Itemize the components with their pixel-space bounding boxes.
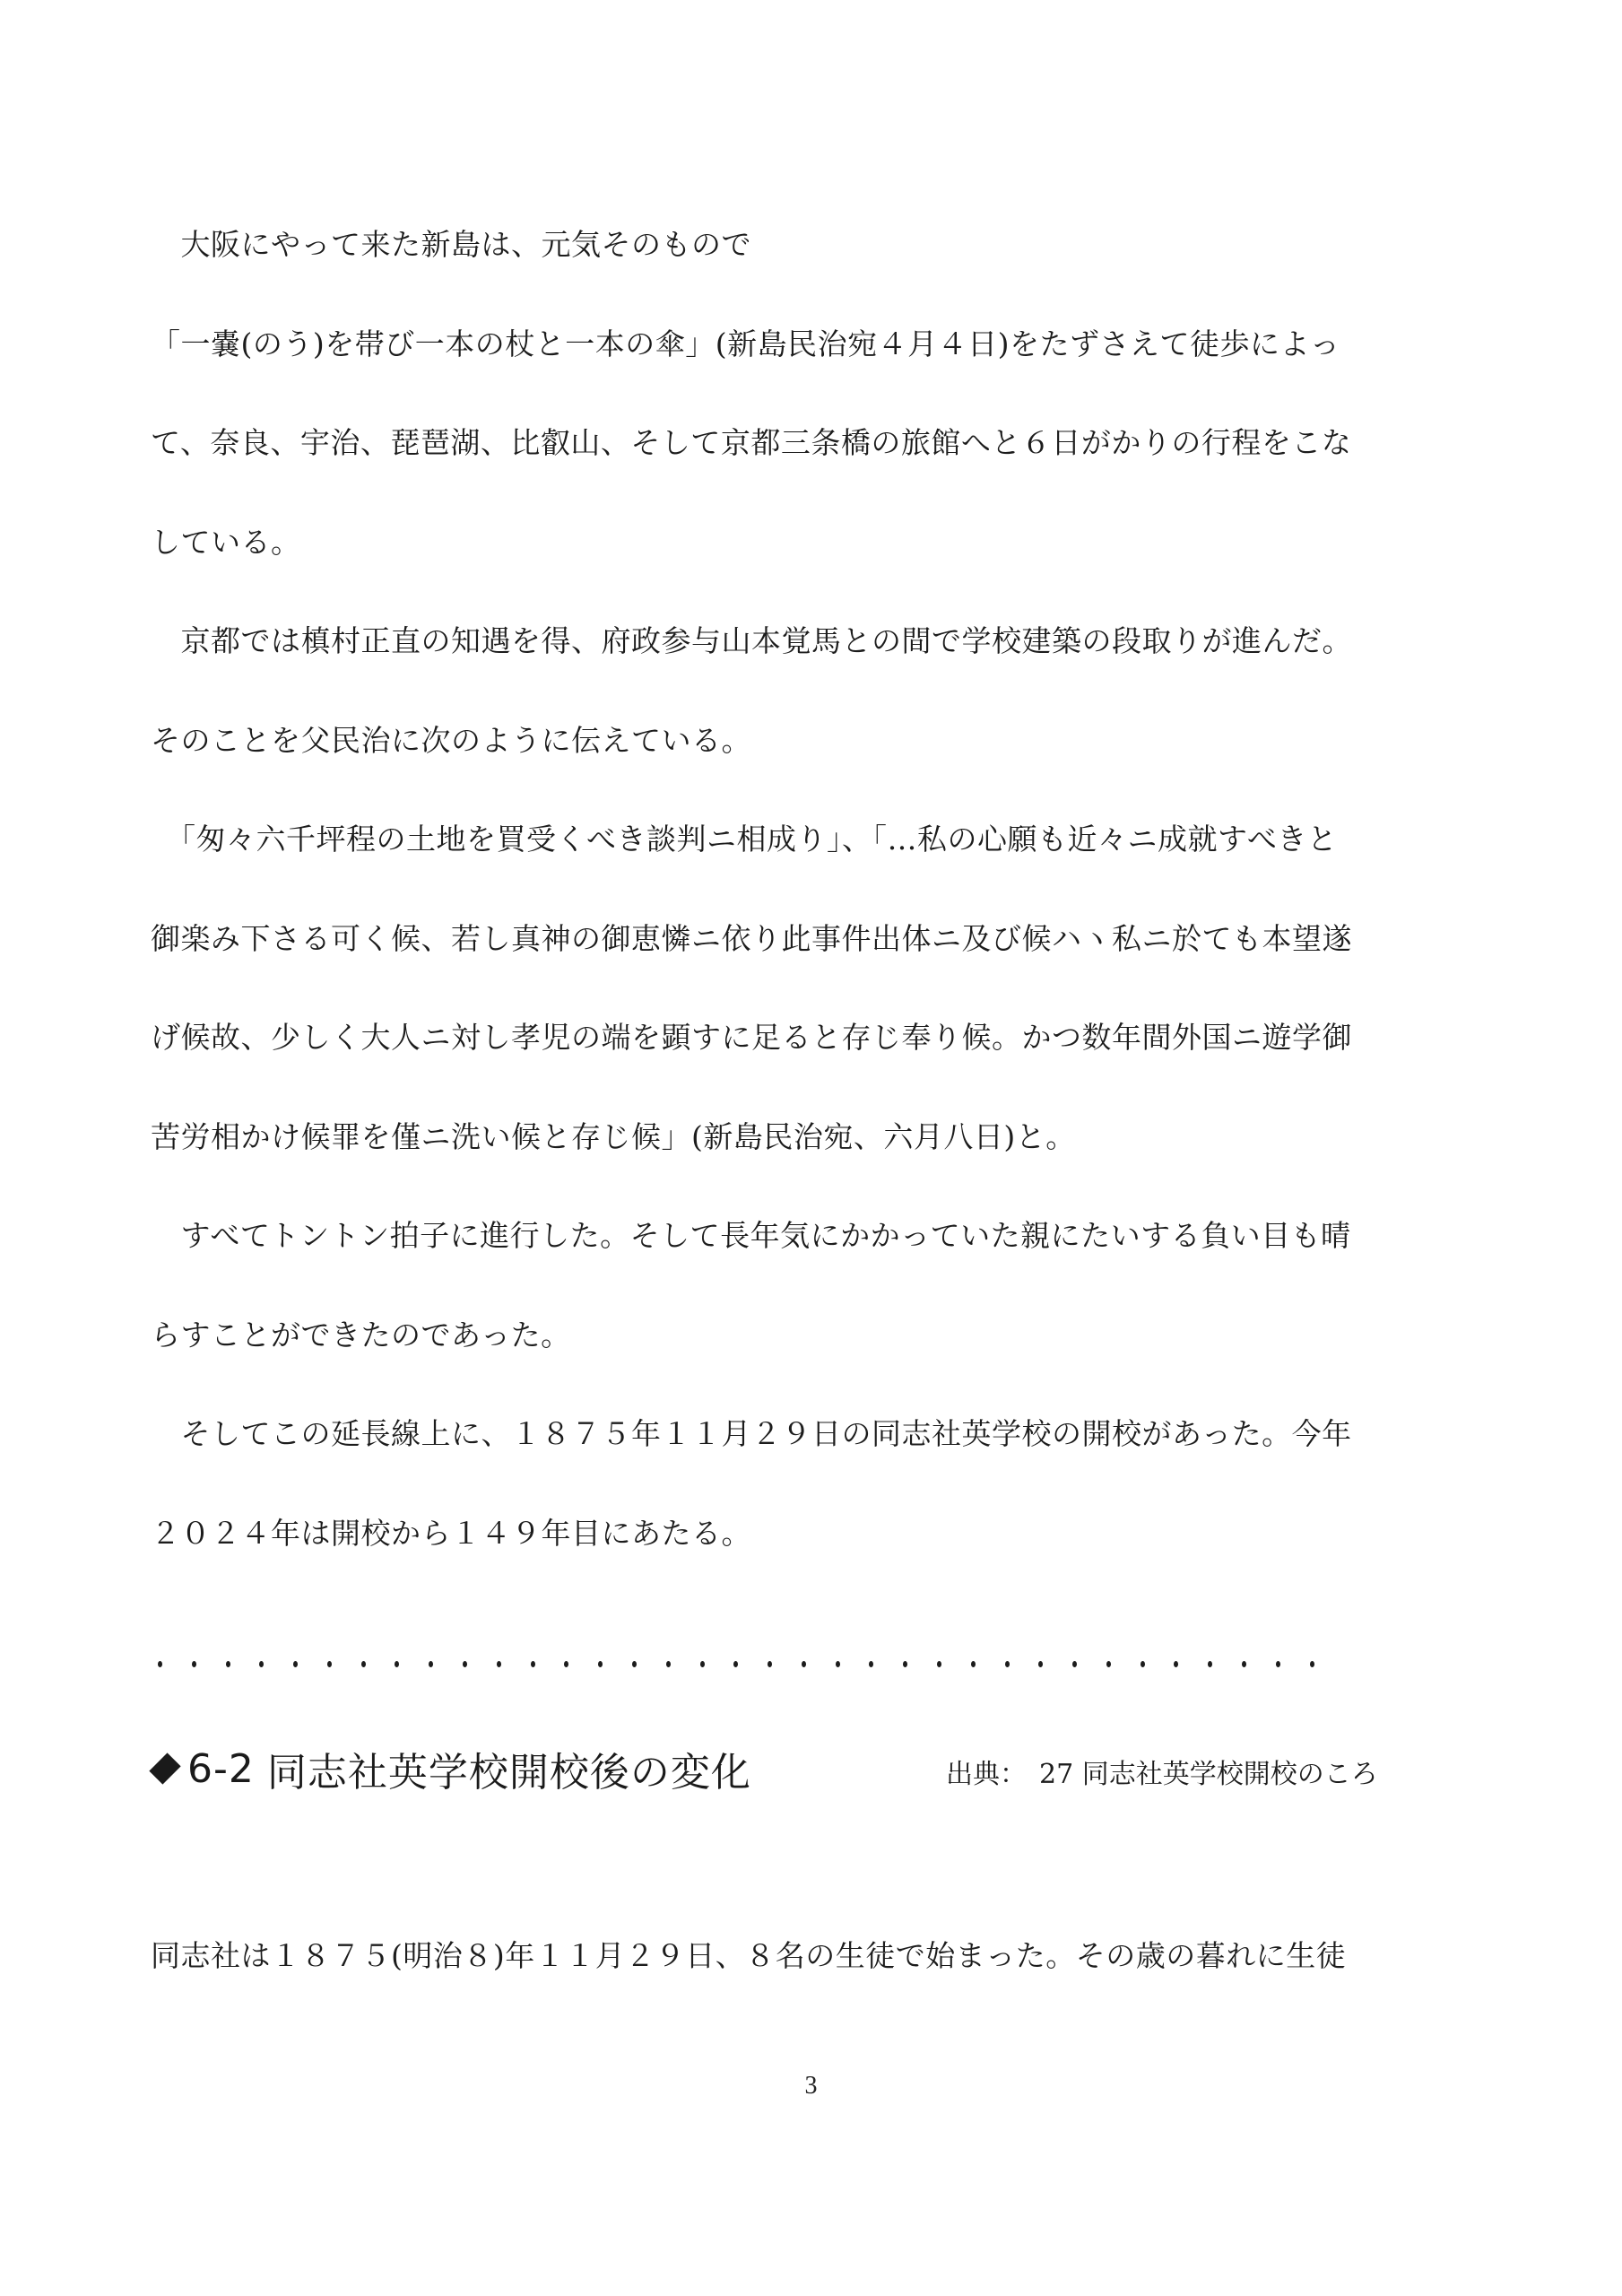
- text-line: げ候故、少しく大人ニ対し孝児の端を顕すに足ると存じ奉り候。かつ数年間外国ニ遊学御: [151, 988, 1474, 1088]
- separator-dot: [158, 1661, 162, 1667]
- text-line: 御楽み下さる可く候、若し真神の御恵憐ニ依り此事件出体ニ及び候ハヽ私ニ於ても本望遂: [151, 890, 1474, 989]
- separator-dot: [1242, 1661, 1246, 1667]
- separator-dot: [531, 1661, 535, 1667]
- separator-dot: [293, 1661, 298, 1667]
- text-line: そのことを父民治に次のように伝えている。: [151, 691, 1474, 791]
- separator-dot: [802, 1661, 806, 1667]
- separator-dot: [192, 1661, 196, 1667]
- separator-dot: [768, 1661, 772, 1667]
- separator-dot: [632, 1661, 637, 1667]
- text-line: 苦労相かけ候罪を僅ニ洗い候と存じ候」(新島民治宛、六月八日)と。: [151, 1088, 1474, 1187]
- separator-dot: [1038, 1661, 1043, 1667]
- section-heading: 6-2 同志社英学校開校後の変化: [148, 1742, 751, 1796]
- text-line: らすことができたのであった。: [151, 1286, 1474, 1386]
- section-number: 6-2: [187, 1746, 255, 1792]
- diamond-bullet-icon: [149, 1752, 180, 1784]
- separator-dot: [463, 1661, 467, 1667]
- separator-dot: [395, 1661, 399, 1667]
- separator-dot: [1106, 1661, 1111, 1667]
- body-text: 大阪にやって来た新島は、元気そのもので 「一嚢(のう)を帯び一本の杖と一本の傘」…: [151, 196, 1474, 1583]
- text-line: ２０２４年は開校から１４９年目にあたる。: [151, 1484, 1474, 1584]
- separator-dot: [1174, 1661, 1178, 1667]
- text-line: 「一嚢(のう)を帯び一本の杖と一本の傘」(新島民治宛４月４日)をたずさえて徒歩に…: [151, 295, 1474, 395]
- separator-dot: [564, 1661, 568, 1667]
- text-line: している。: [151, 493, 1474, 593]
- separator-dot: [733, 1661, 738, 1667]
- separator-dot: [666, 1661, 671, 1667]
- separator-dot: [1072, 1661, 1077, 1667]
- separator-dot: [1310, 1661, 1314, 1667]
- separator-dot: [361, 1661, 366, 1667]
- document-page: 大阪にやって来た新島は、元気そのもので 「一嚢(のう)を帯び一本の杖と一本の傘」…: [0, 0, 1622, 2296]
- separator-dot: [598, 1661, 603, 1667]
- separator-dot: [971, 1661, 976, 1667]
- separator-dot: [1208, 1661, 1212, 1667]
- source-label: 出典：: [946, 1752, 1027, 1791]
- separator-dot: [700, 1661, 705, 1667]
- text-line: 大阪にやって来た新島は、元気そのもので: [151, 196, 1474, 295]
- page-number: 3: [0, 2072, 1622, 2100]
- dotted-separator: [158, 1655, 1314, 1673]
- section-title: 同志社英学校開校後の変化: [267, 1740, 751, 1797]
- separator-dot: [327, 1661, 332, 1667]
- separator-dot: [259, 1661, 264, 1667]
- text-line: て、奈良、宇治、琵琶湖、比叡山、そして京都三条橋の旅館へと６日がかりの行程をこな: [151, 394, 1474, 493]
- separator-dot: [836, 1661, 840, 1667]
- separator-dot: [429, 1661, 433, 1667]
- text-line: 「匆々六千坪程の土地を買受くべき談判ニ相成り」、「…私の心願も近々ニ成就すべきと: [151, 790, 1474, 890]
- text-line: 京都では槙村正直の知遇を得、府政参与山本覚馬との間で学校建築の段取りが進んだ。: [151, 592, 1474, 691]
- text-line: そしてこの延長線上に、１８７５年１１月２９日の同志社英学校の開校があった。今年: [151, 1385, 1474, 1484]
- separator-dot: [937, 1661, 941, 1667]
- text-line: すべてトントン拍子に進行した。そして長年気にかかっていた親にたいする負い目も晴: [151, 1187, 1474, 1286]
- separator-dot: [1141, 1661, 1145, 1667]
- separator-dot: [903, 1661, 907, 1667]
- next-section-text: 同志社は１８７５(明治８)年１１月２９日、８名の生徒で始まった。その歳の暮れに生…: [151, 1907, 1474, 2006]
- separator-dot: [1005, 1661, 1010, 1667]
- separator-dot: [1276, 1661, 1280, 1667]
- separator-dot: [869, 1661, 873, 1667]
- source-text: 27 同志社英学校開校のころ: [1039, 1752, 1378, 1791]
- separator-dot: [226, 1661, 230, 1667]
- source-citation: 出典： 27 同志社英学校開校のころ: [946, 1749, 1378, 1794]
- separator-dot: [497, 1661, 501, 1667]
